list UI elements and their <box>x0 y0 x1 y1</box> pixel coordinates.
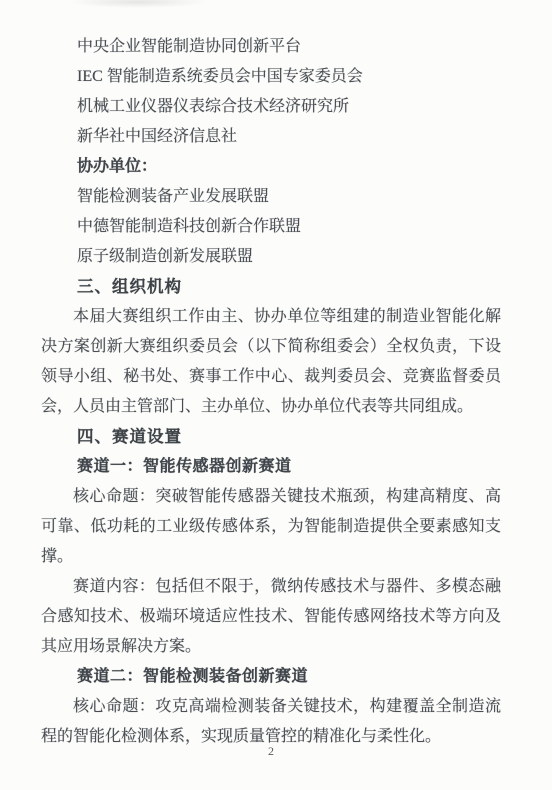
body-paragraph: 赛道内容：包括但不限于，微纳传感技术与器件、多模态融合感知技术、极端环境适应性技… <box>41 572 501 662</box>
co-organizer-list-item: 原子级制造创新发展联盟 <box>41 242 501 272</box>
section-heading-organization: 三、组织机构 <box>41 272 501 302</box>
organizer-list-item: IEC 智能制造系统委员会中国专家委员会 <box>41 62 501 92</box>
document-page: 中央企业智能制造协同创新平台 IEC 智能制造系统委员会中国专家委员会 机械工业… <box>0 0 552 790</box>
scan-smudge-artifact <box>68 0 208 8</box>
document-body: 中央企业智能制造协同创新平台 IEC 智能制造系统委员会中国专家委员会 机械工业… <box>41 32 501 752</box>
co-organizer-list-item: 智能检测装备产业发展联盟 <box>41 182 501 212</box>
organizer-list-item: 中央企业智能制造协同创新平台 <box>41 32 501 62</box>
co-organizer-list-item: 中德智能制造科技创新合作联盟 <box>41 212 501 242</box>
body-paragraph: 核心命题：突破智能传感器关键技术瓶颈，构建高精度、高可靠、低功耗的工业级传感体系… <box>41 482 501 572</box>
section-heading-tracks: 四、赛道设置 <box>41 422 501 452</box>
organizer-list-item: 新华社中国经济信息社 <box>41 122 501 152</box>
co-organizer-label: 协办单位： <box>41 152 501 182</box>
page-number: 2 <box>41 744 501 758</box>
track-2-subheading: 赛道二：智能检测装备创新赛道 <box>41 662 501 692</box>
body-paragraph: 本届大赛组织工作由主、协办单位等组建的制造业智能化解决方案创新大赛组织委员会（以… <box>41 302 501 422</box>
organizer-list-item: 机械工业仪器仪表综合技术经济研究所 <box>41 92 501 122</box>
track-1-subheading: 赛道一：智能传感器创新赛道 <box>41 452 501 482</box>
body-paragraph: 核心命题：攻克高端检测装备关键技术，构建覆盖全制造流程的智能化检测体系，实现质量… <box>41 692 501 752</box>
